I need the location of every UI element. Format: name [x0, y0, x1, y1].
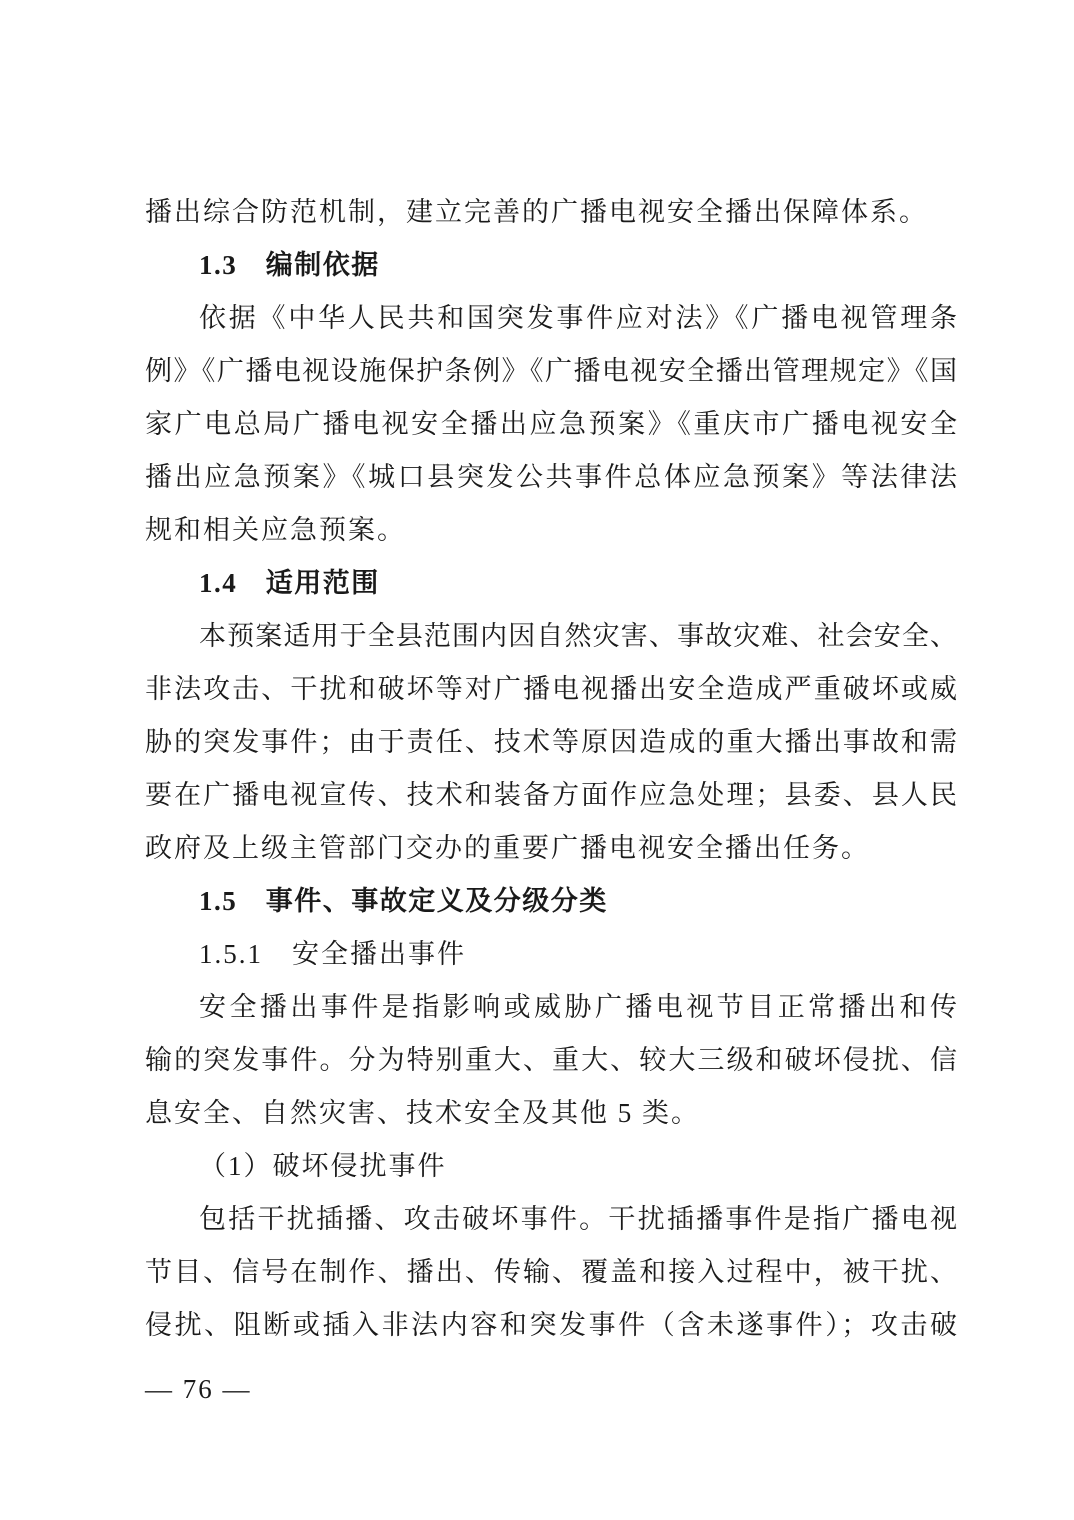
heading-1-5-1: 1.5.1 安全播出事件: [145, 928, 957, 981]
text-line: 息安全、自然灾害、技术安全及其他 5 类。: [145, 1087, 957, 1140]
list-item-heading-1: （1）破坏侵扰事件: [145, 1140, 957, 1193]
text-line: 政府及上级主管部门交办的重要广播电视安全播出任务。: [145, 822, 957, 875]
heading-1-4: 1.4 适用范围: [145, 557, 957, 610]
text-line: 包括干扰插播、攻击破坏事件。干扰插播事件是指广播电视: [145, 1193, 957, 1246]
text-line: 节目、信号在制作、播出、传输、覆盖和接入过程中，被干扰、: [145, 1246, 957, 1299]
text-line: 家广电总局广播电视安全播出应急预案》《重庆市广播电视安全: [145, 398, 957, 451]
text-line: 例》《广播电视设施保护条例》《广播电视安全播出管理规定》《国: [145, 345, 957, 398]
text-line: 胁的突发事件；由于责任、技术等原因造成的重大播出事故和需: [145, 716, 957, 769]
document-body: 播出综合防范机制，建立完善的广播电视安全播出保障体系。1.3 编制依据依据《中华…: [145, 186, 957, 1352]
paragraph-continuation-line: 播出综合防范机制，建立完善的广播电视安全播出保障体系。: [145, 186, 957, 239]
text-line: 规和相关应急预案。: [145, 504, 957, 557]
heading-1-3: 1.3 编制依据: [145, 239, 957, 292]
text-line: 侵扰、阻断或插入非法内容和突发事件（含未遂事件）；攻击破: [145, 1299, 957, 1352]
text-line: 要在广播电视宣传、技术和装备方面作应急处理；县委、县人民: [145, 769, 957, 822]
text-line: 输的突发事件。分为特别重大、重大、较大三级和破坏侵扰、信: [145, 1034, 957, 1087]
text-line: 本预案适用于全县范围内因自然灾害、事故灾难、社会安全、: [145, 610, 957, 663]
text-line: 播出应急预案》《城口县突发公共事件总体应急预案》等法律法: [145, 451, 957, 504]
page-footer: — 76 —: [145, 1372, 252, 1406]
text-line: 安全播出事件是指影响或威胁广播电视节目正常播出和传: [145, 981, 957, 1034]
heading-1-5: 1.5 事件、事故定义及分级分类: [145, 875, 957, 928]
text-line: 依据《中华人民共和国突发事件应对法》《广播电视管理条: [145, 292, 957, 345]
page-number: — 76 —: [145, 1374, 252, 1404]
text-line: 非法攻击、干扰和破坏等对广播电视播出安全造成严重破坏或威: [145, 663, 957, 716]
document-page: 播出综合防范机制，建立完善的广播电视安全播出保障体系。1.3 编制依据依据《中华…: [0, 0, 1074, 1520]
